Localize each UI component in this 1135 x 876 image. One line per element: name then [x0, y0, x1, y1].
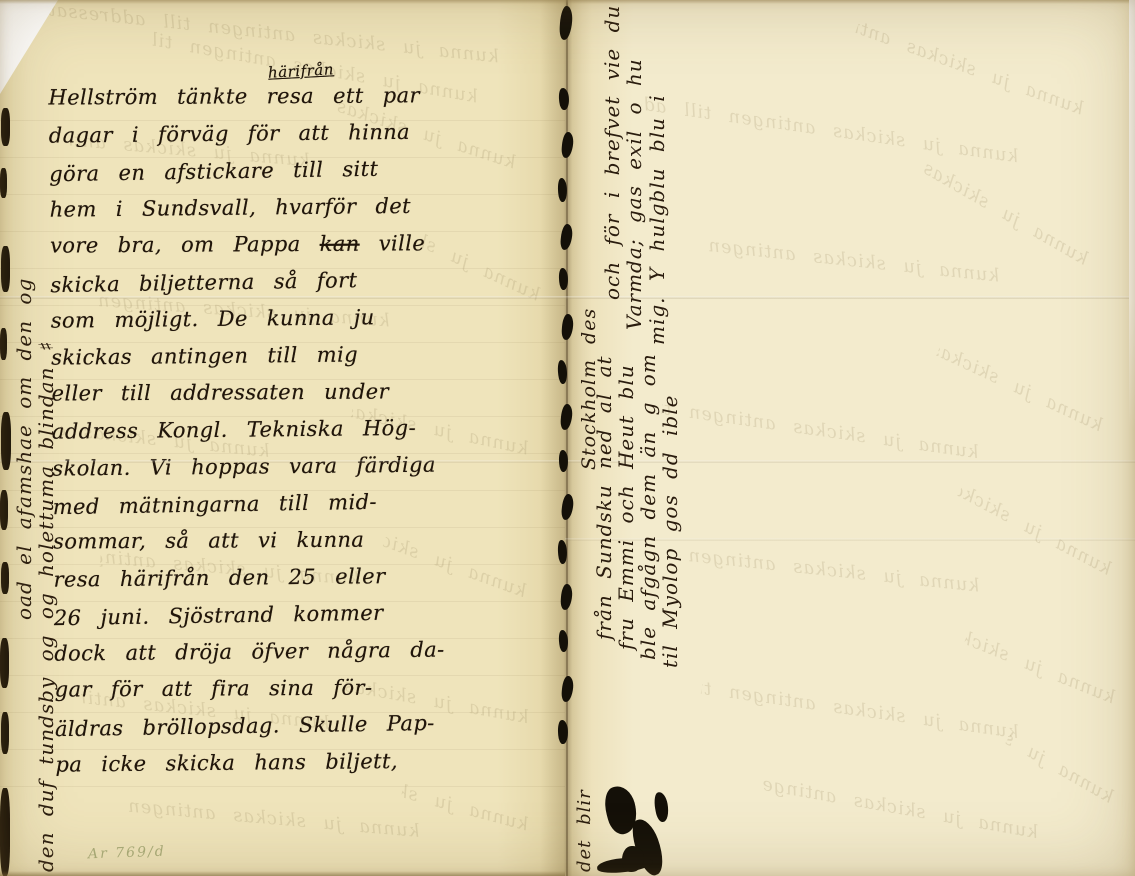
bleedthrough-line: kunna ju skickas antingen till addressat… — [962, 629, 1118, 708]
handwritten-line: som möjligt. De kunna ju — [51, 303, 556, 345]
marginalia-line: ble afgågn dem än g om — [636, 353, 660, 660]
bleedthrough-line: kunna ju skickas antingen till addressat… — [640, 94, 1019, 168]
binding-edge-mark — [1, 562, 9, 594]
handwritten-line: address Kongl. Tekniska Hög- — [52, 414, 557, 456]
paper-right-edge — [1129, 0, 1135, 430]
handwritten-line: hem i Sundsvall, hvarför det — [49, 192, 554, 234]
binding-edge-mark — [0, 168, 7, 198]
marginalia-line: til Myolop gos dd ible — [658, 395, 682, 668]
bleedthrough-line: kunna ju skickas antingen till addressat… — [760, 774, 1039, 843]
bleedthrough-line: kunna ju skickas antingen till addressat… — [120, 795, 421, 842]
marginalia-line: Stockholm des — [578, 308, 600, 470]
marginalia-line: mig. Y hulgblu blu i — [645, 94, 669, 345]
binding-edge-mark — [1, 412, 11, 470]
bleedthrough-line: kunna ju skickas antingen till addressat… — [680, 544, 981, 596]
letter-scan: kunna ju skickas antingen till addressat… — [0, 0, 1135, 876]
bleedthrough-line: kunna ju skickas antingen till addressat… — [700, 234, 1001, 286]
binding-edge-mark — [1, 246, 10, 292]
bleedthrough-line: kunna ju skickas antingen till addressat… — [660, 398, 980, 463]
binding-edge-mark — [0, 328, 7, 360]
binding-edge-mark — [1, 108, 10, 146]
bleedthrough-line: kunna ju skickas antingen till addressat… — [934, 341, 1106, 436]
bleedthrough-line: kunna ju skickas antingen till addressat… — [700, 678, 1020, 743]
marginalia-line: oad el afamshae om den og — [12, 278, 36, 620]
handwritten-line: sommar, så att vi kunna — [53, 526, 558, 566]
bleedthrough-line: kunna ju skickas antingen till addressat… — [908, 151, 1092, 269]
binding-edge-mark — [0, 490, 8, 530]
bleedthrough-line: kunna ju skickas antingen till addressat… — [955, 481, 1115, 579]
inserted-word: härifrån — [268, 60, 335, 81]
binding-edge-mark — [1, 712, 9, 754]
handwritten-line: gar för att fira sina för- — [55, 674, 560, 714]
left-page-text: Hellström tänkte resa ett pardagar i för… — [48, 81, 560, 789]
handwritten-line: med mätningarna till mid- — [53, 487, 559, 532]
marginalia-line: det blir — [574, 789, 595, 872]
bleedthrough-line: kunna ju skickas antingen till addressat… — [30, 0, 500, 68]
paper-top-edge — [0, 0, 1135, 4]
marginalia-line: den duf tundsby og og holettuma blindan … — [34, 340, 58, 872]
marginalia-line: och för i brefvet vie du — [600, 5, 624, 300]
struck-word: kan — [320, 232, 360, 256]
binding-edge-mark — [0, 638, 9, 688]
marginalia-line: fru Emmi och Heut blu — [614, 364, 638, 650]
archive-number: Ar 769/d — [88, 844, 166, 863]
handwritten-line: skickas antingen till mig — [51, 340, 556, 382]
bleedthrough-line: kunna ju skickas antingen till addressat… — [399, 782, 530, 836]
letter-page-left: kunna ju skickas antingen till addressat… — [0, 0, 565, 876]
paper-bottom-edge — [0, 871, 565, 876]
bleedthrough-line: kunna ju skickas antingen till addressat… — [1003, 729, 1117, 807]
handwritten-line: pa icke skicka hans biljett, — [55, 747, 560, 789]
binding-edge-mark — [0, 788, 10, 876]
marginalia-line: Varmda; gas exil o hu — [622, 58, 646, 330]
handwritten-line: vore bra, om Pappa kan ville — [50, 230, 555, 270]
handwritten-line: eller till addressaten under — [52, 378, 557, 418]
handwritten-line: Hellström tänkte resa ett par — [48, 82, 553, 122]
handwritten-line: dock att dröja öfver några da- — [54, 636, 559, 678]
bleedthrough-line: kunna ju skickas antingen till addressat… — [854, 18, 1087, 120]
